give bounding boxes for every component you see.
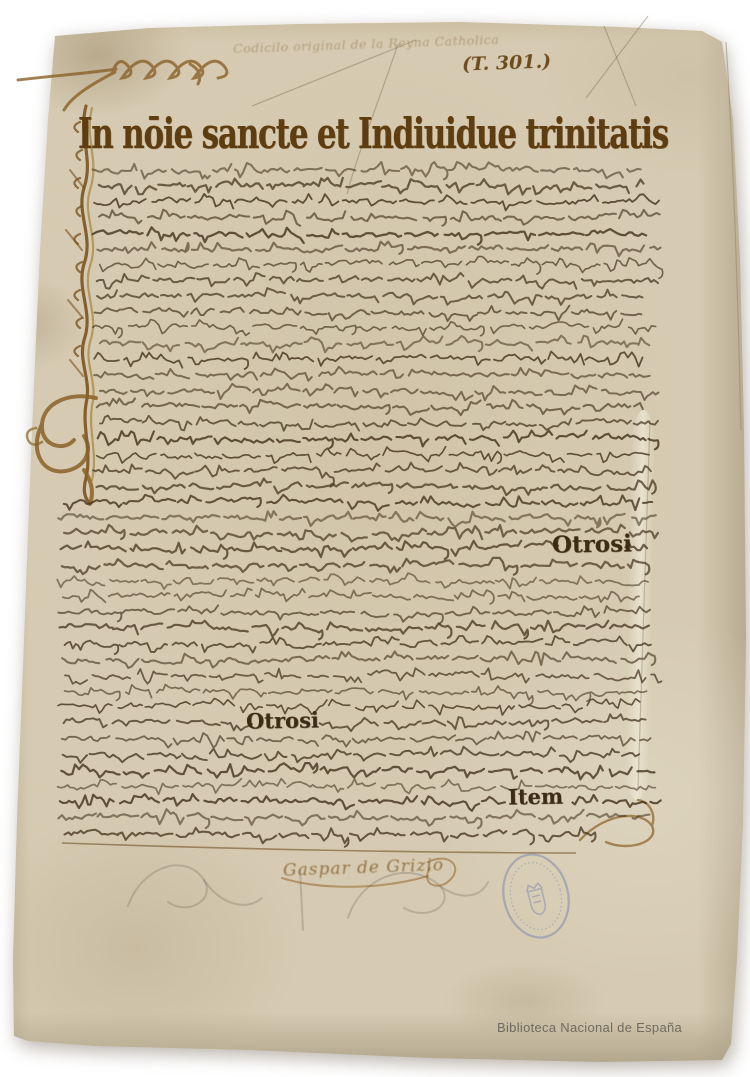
top-left-flourish — [18, 61, 227, 110]
shelf-mark: (T. 301.) — [462, 50, 552, 75]
manuscript-body-text — [0, 0, 750, 1077]
right-rubric-flourish — [580, 800, 653, 846]
bold-word-item: Item — [508, 784, 564, 810]
photo-backdrop: Codicilo original de la Reyna Catholica … — [0, 0, 750, 1077]
bold-word-otrosi-2: Otrosi — [246, 707, 319, 733]
heading-line: In nōie sancte et Indiuidue trinitatis — [78, 108, 668, 158]
bold-word-otrosi-1: Otrosi — [552, 530, 632, 558]
left-cadel-border — [27, 106, 96, 504]
bne-watermark: Biblioteca Nacional de España — [497, 1020, 682, 1035]
library-stamp — [494, 848, 578, 944]
stamp-crest — [525, 882, 548, 916]
script-lines — [57, 162, 662, 847]
